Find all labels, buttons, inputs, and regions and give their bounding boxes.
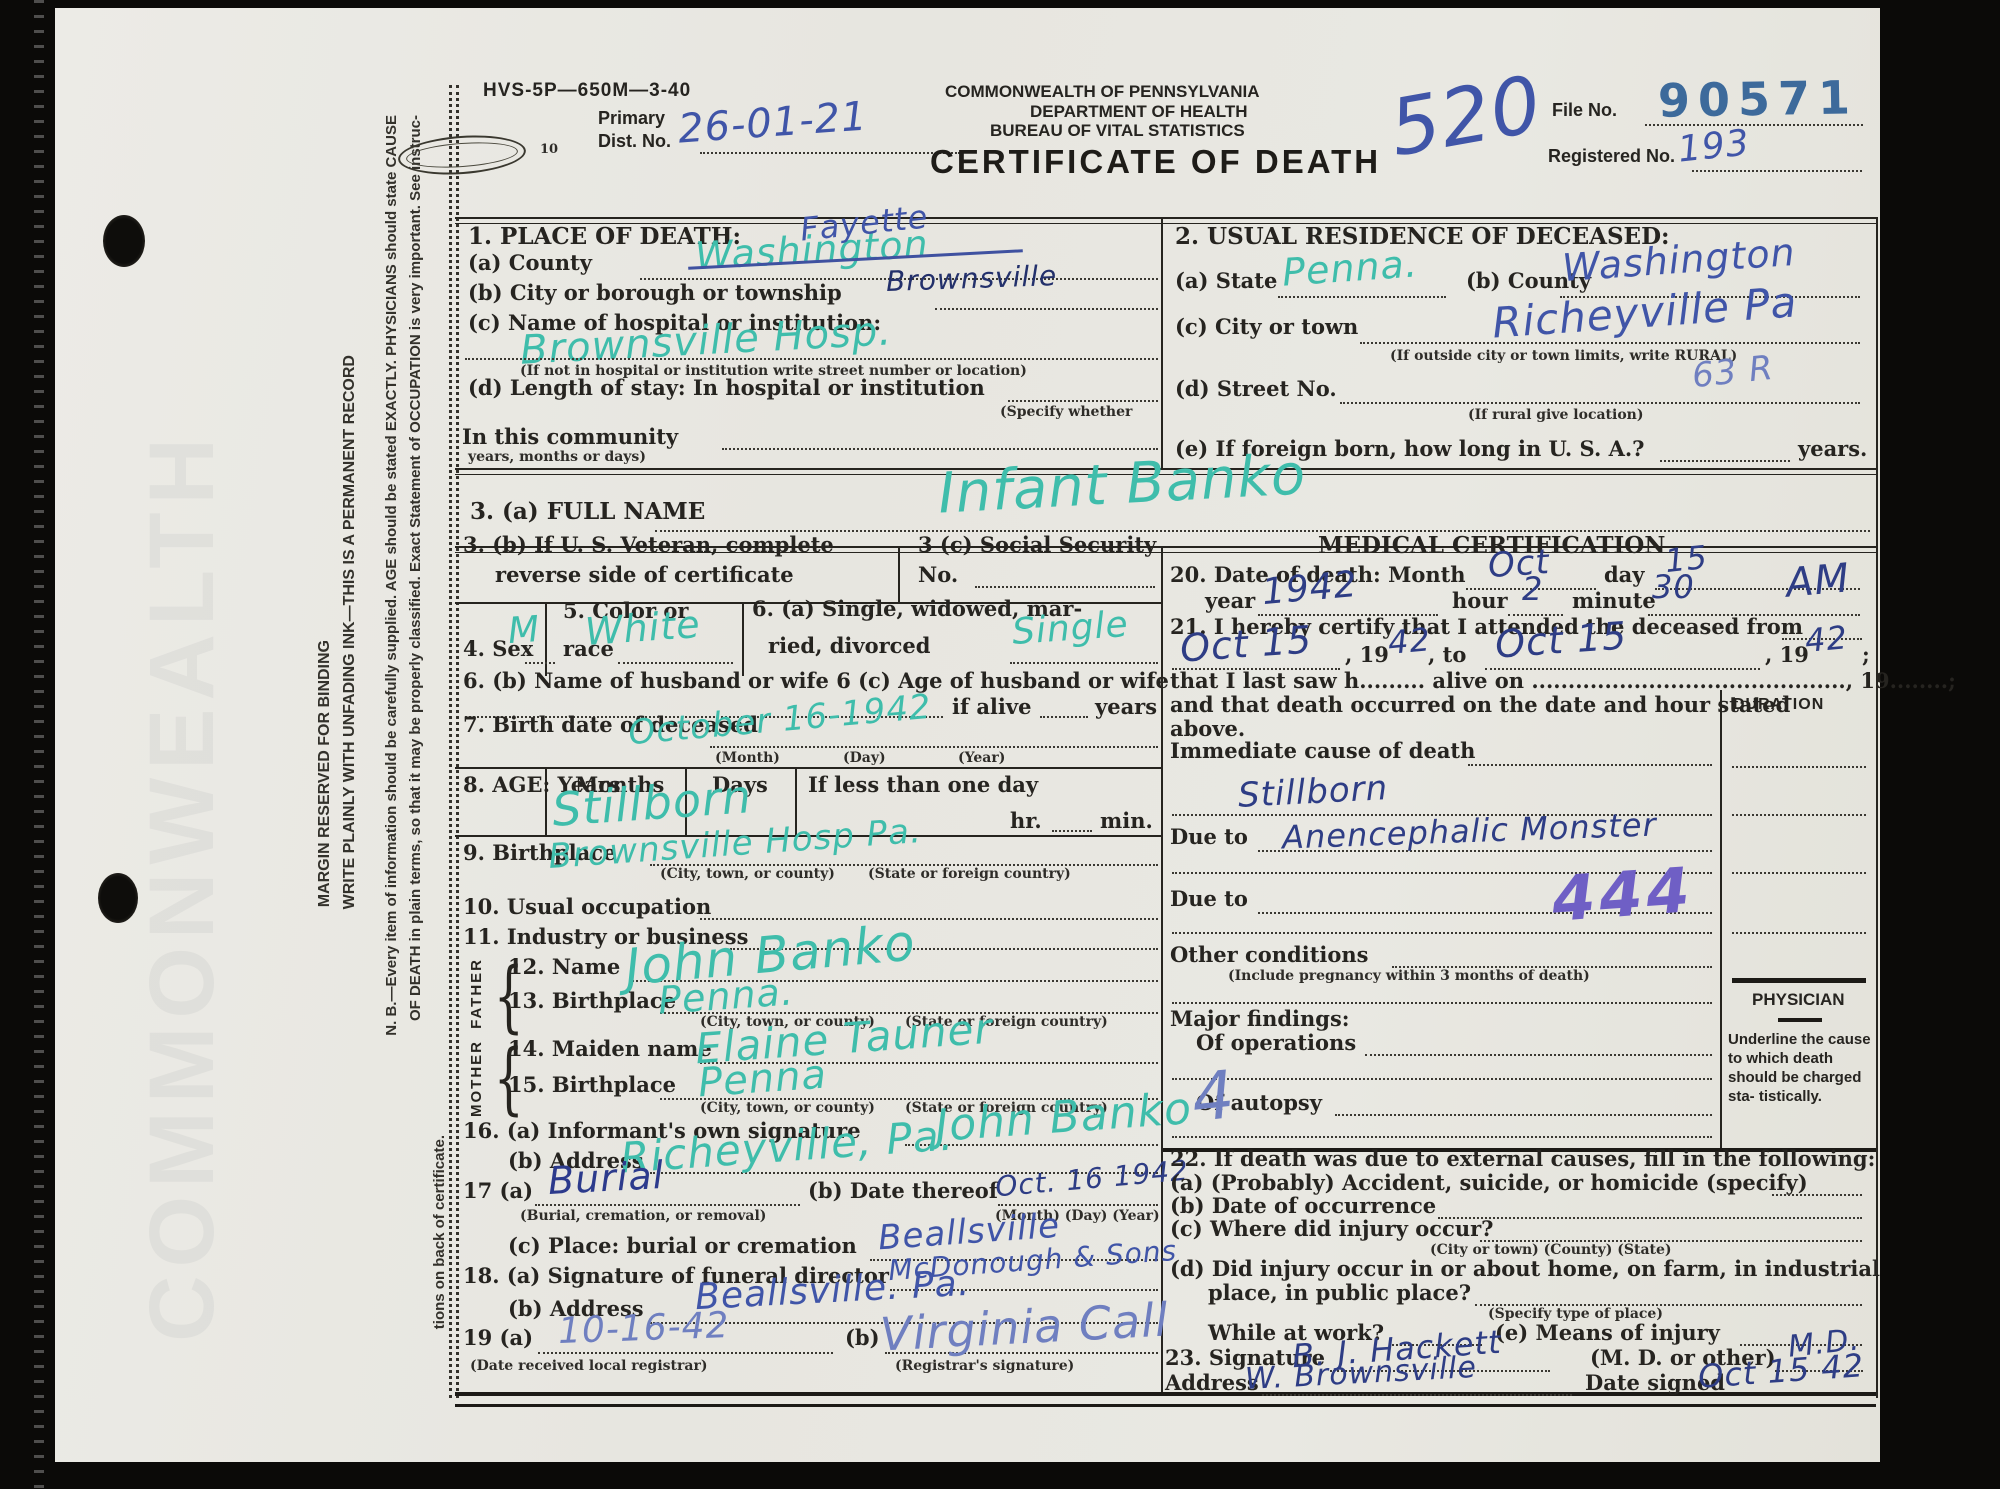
s2-state-label: (a) State [1175,268,1277,293]
duration-heavy-line [1732,978,1866,983]
registrar-date-note: (Date received local registrar) [470,1358,707,1374]
mother-birthplace-value: Penna [697,1052,829,1107]
autopsy-line [1335,1112,1712,1116]
med20-ampm-value: AM [1784,555,1852,606]
disposal-label: 17 (a) [463,1178,533,1203]
s22-b: (b) Date of occurrence [1170,1193,1436,1218]
s2-street-value: 63 R [1690,348,1775,396]
birthplace-caption-b: (State or foreign country) [868,866,1071,882]
s1-city-line [935,306,1158,310]
duration-line [1732,930,1866,934]
cause-label: Immediate cause of death [1170,738,1475,763]
physician-note: Underline the cause to which death shoul… [1728,1030,1874,1106]
race-value: White [584,602,702,654]
med21-to-value: Oct 15 [1494,613,1629,666]
age-hr-label: hr. [1010,808,1042,833]
marital-line [1010,660,1158,664]
father-name-label: 12. Name [508,954,620,979]
med21-from-year: 42 [1386,620,1432,662]
s1-community-note: years, months or days) [468,449,646,465]
mother-name-label: 14. Maiden name [508,1036,712,1061]
row-rule [455,767,1161,769]
marital-label-2: ried, divorced [768,633,930,658]
cell-divider [898,548,900,602]
cause-value: Stillborn [1237,768,1389,816]
disposal-date-label: (b) Date thereof [808,1178,998,1203]
s2-city-note: (If outside city or town limits, write R… [1390,348,1737,364]
dist-no-line [700,150,960,154]
duration-box-border [1720,690,1722,1150]
due2-label: Due to [1170,886,1248,911]
cause-line [1468,762,1712,766]
s22-a-line [1772,1192,1862,1196]
cell-divider [742,602,744,676]
form-left-border [456,85,459,1398]
s1-city-label: (b) City or borough or township [468,280,842,305]
occupation-label: 10. Usual occupation [463,894,711,919]
s22-c: (c) Where did injury occur? [1170,1216,1493,1241]
med20-hour-value: 2 [1522,570,1543,608]
race-line [618,660,733,664]
birthdate-caption-year: (Year) [958,750,1005,766]
dist-no-label: Dist. No. [598,131,671,152]
other-note: (Include pregnancy within 3 months of de… [1228,968,1590,984]
med21-semicolon: ; [1862,642,1870,667]
scan-edge-perforation [34,0,44,1489]
s2-state-line [1278,294,1446,298]
med20-minute-value: 30 [1652,568,1695,606]
fullname-line [655,528,1870,532]
s1-community-line [722,446,1158,450]
med21-line3: that I last saw h......... alive on ....… [1170,668,1956,693]
s2-street-note: (If rural give location) [1468,407,1643,423]
age-less-label: If less than one day [808,772,1038,797]
spouse-age-line [1040,714,1088,718]
physician-label: PHYSICIAN [1752,990,1845,1010]
veteran-label-1: 3. (b) If U. S. Veteran, complete [463,532,834,557]
s22-d1: (d) Did injury occur in or about home, o… [1170,1256,1880,1281]
s2-street-line [1340,400,1860,404]
disposal-place-label: (c) Place: burial or cremation [508,1233,857,1258]
s2-city-line [1360,340,1860,344]
spouse-years-label: years [1095,694,1157,719]
age-hr-line [1052,828,1092,832]
primary-label: Primary [598,108,665,129]
seal-number: 10 [540,142,558,157]
ssn-line [975,584,1155,588]
disposal-value: Burial [547,1153,665,1203]
med21-line4: and that death occurred on the date and … [1170,692,1790,717]
physician-rule [1778,1018,1822,1022]
registered-no-value: 193 [1676,122,1752,170]
med20-year-label: year [1205,588,1255,613]
med20-day-label: day [1604,562,1645,587]
s22-title: 22. If death was due to external causes,… [1170,1146,1875,1171]
s1-community-label: In this community [462,424,678,449]
margin-note-nb1: N. B.—Every item of information should b… [383,115,400,1036]
birthplace-caption-a: (City, town, or county) [660,866,835,882]
disposal-note: (Burial, cremation, or removal) [520,1208,766,1224]
birthdate-caption-day: (Day) [843,750,886,766]
birthdate-caption-month: (Month) [715,750,780,766]
occupation-line [700,916,1158,920]
column-divider-top [1161,217,1163,468]
ssn-label-1: 3 (c) Social Security [918,532,1156,557]
due1-label: Due to [1170,824,1248,849]
mother-group-label: MOTHER [468,1040,485,1117]
spouse-alive-label: if alive [952,694,1031,719]
med21-from-value: Oct 15 [1179,617,1314,670]
bureau-line: BUREAU OF VITAL STATISTICS [990,121,1245,141]
duration-label: DURATION [1733,696,1824,714]
registrar-date-value: 10-16-42 [557,1305,730,1352]
med21-to-year: 42 [1803,618,1849,660]
s1-hospital-line [465,356,1158,360]
s1-stay-label: (d) Length of stay: In hospital or insti… [468,375,985,400]
ssn-label-2: No. [918,562,958,587]
other-fill-line [1172,1000,1712,1004]
margin-note-binding: MARGIN RESERVED FOR BINDING [316,640,334,907]
major-findings-label: Major findings: [1170,1006,1350,1031]
form-right-border [1876,217,1878,1398]
s1-stay-line [1008,398,1158,402]
spouse-label: 6. (b) Name of husband or wife 6 (c) Age… [463,668,1169,693]
duration-line [1732,870,1866,874]
s2-foreign-line [1660,458,1790,462]
veteran-label-2: reverse side of certificate [495,562,794,587]
birthdate-line [710,744,1158,748]
duration-line [1732,812,1866,816]
commonwealth-line: COMMONWEALTH OF PENNSYLVANIA [945,82,1259,102]
death-certificate-scan: COMMONWEALTH MARGIN RESERVED FOR BINDING… [0,0,2000,1489]
registrar-sig-label: (b) [845,1325,880,1350]
med21-19b: , 19 [1765,642,1809,667]
department-line: DEPARTMENT OF HEALTH [1030,102,1248,122]
registered-no-line [1692,168,1862,172]
s1-stay-note: (Specify whether [1000,404,1132,420]
s22-e-label: (e) Means of injury [1495,1320,1720,1345]
med20-minute-label: minute [1572,588,1656,613]
certificate-title: CERTIFICATE OF DEATH [930,143,1381,181]
stamp-444: 444 [1550,853,1696,936]
margin-note-permanent: WRITE PLAINLY WITH UNFADING INK—THIS IS … [341,355,359,909]
sex-value: M [507,609,542,652]
registered-no-label: Registered No. [1548,146,1675,167]
punch-hole [103,215,145,267]
due2-fill-line [1172,930,1712,934]
operations-line [1365,1052,1712,1056]
s2-foreign-suffix: years. [1798,436,1867,461]
s1-city-value: Brownsville [885,259,1057,298]
file-no-value: 90571 [1658,70,1859,127]
registrar-sig-note: (Registrar's signature) [895,1358,1074,1374]
form-code: HVS-5P—650M—3-40 [483,80,691,102]
operations-label: Of operations [1196,1030,1356,1055]
cell-divider [545,602,547,676]
s1-county-label: (a) County [468,250,592,275]
marital-value: Single [1011,604,1130,653]
margin-note-nb2: OF DEATH in plain terms, so that it may … [407,115,424,1021]
margin-note-nb3: tions on back of certificate. [431,1135,448,1329]
disposal-line [535,1202,800,1206]
autopsy-fill-line [1172,1134,1712,1138]
s2-city-label: (c) City or town [1175,314,1358,339]
med20-year-value: 1942 [1260,564,1359,613]
operations-fill-line [1172,1076,1712,1080]
autopsy-mark: 4 [1188,1056,1239,1137]
med21-to-label: , to [1428,642,1466,667]
duration-line [1732,764,1866,768]
cell-divider [545,767,547,835]
s22-b-line [1438,1215,1862,1219]
form-left-border [449,85,452,1398]
age-min-label: min. [1100,808,1153,833]
father-birthplace-label: 13. Birthplace [508,988,676,1013]
fullname-label: 3. (a) FULL NAME [470,498,705,525]
s2-street-label: (d) Street No. [1175,376,1337,401]
father-group-label: FATHER [468,958,485,1029]
s22-d2: place, in public place? [1208,1280,1471,1305]
med21-19a: , 19 [1345,642,1389,667]
file-no-label: File No. [1552,100,1617,121]
sex-line [525,660,555,664]
registrar-date-label: 19 (a) [463,1325,533,1350]
other-label: Other conditions [1170,942,1369,967]
mother-birthplace-label: 15. Birthplace [508,1072,676,1097]
disposal-date-line [998,1202,1158,1206]
s22-a: (a) (Probably) Accident, suicide, or hom… [1170,1170,1808,1195]
paper-watermark: COMMONWEALTH [130,430,235,1342]
med20-hour-label: hour [1452,588,1508,613]
parents-caption-a2: (City, town, or county) [700,1100,875,1116]
